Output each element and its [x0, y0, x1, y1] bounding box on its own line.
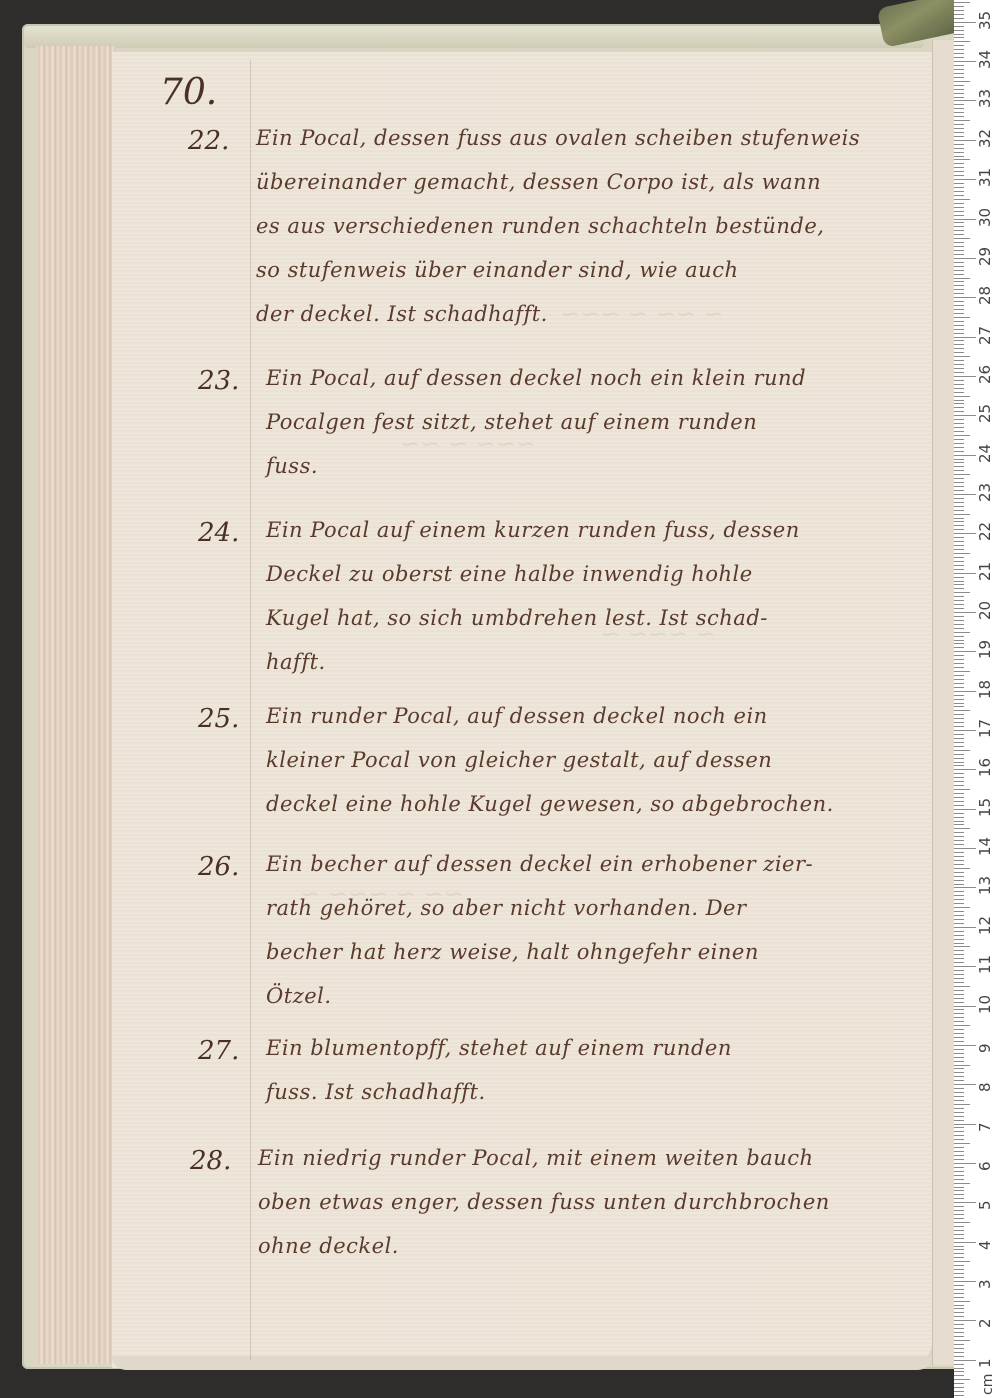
entry-text: Ein blumentopff, stehet auf einem runden…: [266, 1026, 906, 1114]
ruler-label: 20: [976, 601, 994, 620]
ruler-tick: [954, 1238, 964, 1239]
ruler-unit-label: cm: [980, 1374, 996, 1395]
ruler-tick: [954, 789, 970, 790]
ruler-tick: [954, 1206, 964, 1207]
ruler-tick: [954, 1281, 976, 1282]
ruler-tick: [954, 1285, 964, 1286]
ruler-tick: [954, 407, 964, 408]
ruler-tick: [954, 112, 964, 113]
ruler-tick: [954, 1190, 964, 1191]
ruler-tick: [954, 699, 964, 700]
ruler-tick: [954, 655, 964, 656]
ruler-tick: [954, 1368, 964, 1369]
ruler-tick: [954, 746, 964, 747]
ruler-tick: [954, 581, 964, 582]
ruler-tick: [954, 309, 964, 310]
ruler-tick: [954, 159, 970, 160]
ruler-tick: [954, 344, 964, 345]
ruler-tick: [954, 1395, 964, 1396]
ruler-tick: [954, 1155, 964, 1156]
ruler-tick: [954, 203, 964, 204]
ruler-tick: [954, 85, 964, 86]
ruler-tick: [954, 207, 964, 208]
entry-line: Kugel hat, so sich umbdrehen lest. Ist s…: [266, 596, 906, 640]
entry-line: fuss.: [266, 444, 906, 488]
ruler-tick: [954, 750, 970, 751]
ruler-tick: [954, 671, 970, 672]
ruler-tick: [954, 781, 964, 782]
ruler-tick: [954, 809, 976, 810]
ruler-tick: [954, 396, 970, 397]
ruler-tick: [954, 423, 964, 424]
ruler-label: 29: [976, 247, 994, 266]
ruler-tick: [954, 1006, 976, 1007]
ruler-tick: [954, 537, 964, 538]
ruler-tick: [954, 57, 964, 58]
entry-text: Ein Pocal, dessen fuss aus ovalen scheib…: [256, 116, 896, 336]
ruler-tick: [954, 1171, 964, 1172]
ruler-tick: [954, 400, 964, 401]
ruler-tick: [954, 844, 964, 845]
ruler-label: 12: [976, 916, 994, 935]
entry-number: 28.: [190, 1146, 231, 1176]
folio-number: 70.: [160, 72, 217, 113]
ruler-tick: [954, 573, 976, 574]
entry-line: kleiner Pocal von gleicher gestalt, auf …: [266, 738, 906, 782]
ruler-tick: [954, 490, 964, 491]
ruler-tick: [954, 1009, 964, 1010]
ruler-tick: [954, 891, 964, 892]
ruler-tick: [954, 1053, 964, 1054]
ruler-label: 1: [976, 1358, 994, 1368]
ruler-tick: [954, 317, 970, 318]
ruler-tick: [954, 1348, 964, 1349]
ruler-label: 23: [976, 483, 994, 502]
ruler-tick: [954, 1037, 964, 1038]
ruler-tick: [954, 348, 964, 349]
entry-number: 22.: [188, 126, 229, 156]
ruler-tick: [954, 1013, 964, 1014]
ruler-tick: [954, 1242, 976, 1243]
book-cover-top-edge: [24, 26, 924, 48]
ruler-tick: [954, 982, 964, 983]
ruler-tick: [954, 116, 964, 117]
ruler-tick: [954, 246, 964, 247]
ruler-tick: [954, 966, 976, 967]
ruler-tick: [954, 1080, 964, 1081]
ruler-tick: [954, 439, 964, 440]
ruler-tick: [954, 1316, 964, 1317]
ruler-tick: [954, 514, 970, 515]
ruler-tick: [954, 183, 964, 184]
ruler-tick: [954, 1253, 964, 1254]
ruler-tick: [954, 53, 964, 54]
ruler-tick: [954, 1076, 964, 1077]
ruler-tick: [954, 1230, 964, 1231]
ruler-tick: [954, 561, 964, 562]
ruler-tick: [954, 1120, 964, 1121]
ruler-tick: [954, 333, 964, 334]
ruler-tick: [954, 683, 964, 684]
ruler-tick: [954, 281, 964, 282]
ruler-tick: [954, 215, 964, 216]
ruler-tick: [954, 824, 964, 825]
ruler-tick: [954, 140, 976, 141]
ruler-tick: [954, 462, 964, 463]
ruler-tick: [954, 860, 964, 861]
ruler-tick: [954, 1116, 964, 1117]
ruler-tick: [954, 584, 964, 585]
ruler-tick: [954, 1104, 970, 1105]
ruler-tick: [954, 388, 964, 389]
entry-line: Ein runder Pocal, auf dessen deckel noch…: [266, 694, 906, 738]
ruler-tick: [954, 1151, 964, 1152]
ruler-tick: [954, 553, 970, 554]
entry-line: becher hat herz weise, halt ohngefehr ei…: [266, 930, 906, 974]
ruler-tick: [954, 30, 964, 31]
ruler-label: 2: [976, 1319, 994, 1329]
ruler-tick: [954, 1249, 964, 1250]
ruler-tick: [954, 1198, 964, 1199]
ruler-tick: [954, 136, 964, 137]
ruler-tick: [954, 364, 964, 365]
ruler-tick: [954, 340, 964, 341]
ruler-label: 33: [976, 89, 994, 108]
ruler-tick: [954, 1163, 976, 1164]
ruler-tick: [954, 636, 964, 637]
ruler-tick: [954, 1218, 964, 1219]
ruler-tick: [954, 22, 976, 23]
ruler-tick: [954, 703, 964, 704]
ruler-tick: [954, 722, 964, 723]
ruler-tick: [954, 1068, 964, 1069]
ruler-tick: [954, 1312, 964, 1313]
ruler-tick: [954, 643, 964, 644]
ruler-tick: [954, 754, 964, 755]
ruler-tick: [954, 250, 964, 251]
ruler-tick: [954, 352, 964, 353]
ruler-tick: [954, 1167, 964, 1168]
ruler-tick: [954, 667, 964, 668]
ruler-tick: [954, 765, 964, 766]
ruler-tick: [954, 242, 964, 243]
entry-line: Ötzel.: [266, 974, 906, 1018]
ruler-tick: [954, 864, 964, 865]
ruler-tick: [954, 1301, 970, 1302]
ruler-tick: [954, 895, 964, 896]
ruler-tick: [954, 1139, 964, 1140]
ruler-tick: [954, 152, 964, 153]
ruler-tick: [954, 254, 964, 255]
ruler-tick: [954, 1344, 964, 1345]
ruler-tick: [954, 675, 964, 676]
ruler-tick: [954, 604, 964, 605]
ruler-tick: [954, 278, 970, 279]
ruler-tick: [954, 651, 976, 652]
ruler-tick: [954, 482, 964, 483]
ruler-tick: [954, 230, 964, 231]
ruler-tick: [954, 1297, 964, 1298]
ruler-tick: [954, 498, 964, 499]
entry-text: Ein Pocal auf einem kurzen runden fuss, …: [266, 508, 906, 684]
ruler-tick: [954, 459, 964, 460]
ruler-tick: [954, 1340, 970, 1341]
ruler-label: 4: [976, 1240, 994, 1250]
ruler-tick: [954, 447, 964, 448]
ruler-tick: [954, 148, 964, 149]
entry-number: 25.: [198, 704, 239, 734]
entry-line: so stufenweis über einander sind, wie au…: [256, 248, 896, 292]
ruler-tick: [954, 325, 964, 326]
ruler-tick: [954, 191, 964, 192]
ruler-tick: [954, 718, 964, 719]
ruler-tick: [954, 297, 976, 298]
ruler-tick: [954, 305, 964, 306]
ruler-tick: [954, 1226, 964, 1227]
ruler-tick: [954, 321, 964, 322]
ruler-tick: [954, 2, 970, 3]
ruler-tick: [954, 171, 964, 172]
entry-number: 23.: [198, 366, 239, 396]
ruler-tick: [954, 915, 964, 916]
ruler-tick: [954, 868, 970, 869]
ruler-tick: [954, 293, 964, 294]
ruler-tick: [954, 569, 964, 570]
ruler-tick: [954, 14, 964, 15]
ruler-tick: [954, 1096, 964, 1097]
ruler-tick: [954, 1364, 964, 1365]
ruler-tick: [954, 769, 976, 770]
ruler-tick: [954, 486, 964, 487]
ruler-tick: [954, 1045, 976, 1046]
ruler-tick: [954, 376, 976, 377]
ruler-tick: [954, 620, 964, 621]
ruler-tick: [954, 1265, 964, 1266]
scale-ruler: cm 1234567891011121314151617181920212223…: [954, 0, 1000, 1398]
ruler-tick: [954, 1328, 964, 1329]
ruler-tick: [954, 18, 964, 19]
ruler-tick: [954, 226, 964, 227]
ruler-tick: [954, 734, 964, 735]
ruler-tick: [954, 691, 976, 692]
ruler-tick: [954, 301, 964, 302]
ruler-tick: [954, 612, 976, 613]
ruler-tick: [954, 1124, 976, 1125]
ruler-tick: [954, 557, 964, 558]
ruler-label: 9: [976, 1043, 994, 1053]
ruler-tick: [954, 1320, 976, 1321]
ruler-tick: [954, 69, 964, 70]
entry-line: Ein niedrig runder Pocal, mit einem weit…: [258, 1136, 898, 1180]
ruler-tick: [954, 939, 964, 940]
ruler-tick: [954, 958, 964, 959]
ruler-tick: [954, 596, 964, 597]
ruler-tick: [954, 903, 964, 904]
ruler-label: 5: [976, 1201, 994, 1211]
ruler-tick: [954, 384, 964, 385]
ruler-tick: [954, 274, 964, 275]
ruler-label: 6: [976, 1161, 994, 1171]
ruler-tick: [954, 1112, 964, 1113]
entry-line: Ein becher auf dessen deckel ein erhoben…: [266, 842, 906, 886]
ruler-tick: [954, 813, 964, 814]
ruler-tick: [954, 494, 976, 495]
ruler-tick: [954, 266, 964, 267]
entry-line: Ein Pocal, auf dessen deckel noch ein kl…: [266, 356, 906, 400]
ruler-tick: [954, 97, 964, 98]
entry-line: übereinander gemacht, dessen Corpo ist, …: [256, 160, 896, 204]
ruler-tick: [954, 990, 964, 991]
ruler-tick: [954, 1289, 964, 1290]
entry-text: Ein becher auf dessen deckel ein erhoben…: [266, 842, 906, 1018]
ruler-tick: [954, 588, 964, 589]
ruler-tick: [954, 411, 964, 412]
ruler-tick: [954, 1002, 964, 1003]
ruler-tick: [954, 1175, 964, 1176]
page-stack-edges: [36, 46, 116, 1364]
ruler-tick: [954, 455, 976, 456]
ruler-tick: [954, 1033, 964, 1034]
ruler-tick: [954, 1041, 964, 1042]
ruler-label: 27: [976, 325, 994, 344]
ruler-label: 7: [976, 1122, 994, 1132]
ruler-tick: [954, 876, 964, 877]
ruler-tick: [954, 510, 964, 511]
ruler-tick: [954, 360, 964, 361]
ruler-tick: [954, 1183, 970, 1184]
ruler-tick: [954, 738, 964, 739]
ruler-tick: [954, 156, 964, 157]
ruler-tick: [954, 663, 964, 664]
ruler-tick: [954, 199, 970, 200]
ruler-label: 18: [976, 680, 994, 699]
ruler-label: 24: [976, 444, 994, 463]
ruler-tick: [954, 931, 964, 932]
ruler-tick: [954, 26, 964, 27]
ruler-tick: [954, 962, 964, 963]
ruler-tick: [954, 41, 970, 42]
entry-text: Ein runder Pocal, auf dessen deckel noch…: [266, 694, 906, 826]
ruler-tick: [954, 120, 970, 121]
ruler-tick: [954, 1375, 964, 1376]
ruler-tick: [954, 518, 964, 519]
ruler-tick: [954, 163, 964, 164]
ruler-tick: [954, 872, 964, 873]
ruler-tick: [954, 258, 976, 259]
ruler-tick: [954, 1135, 964, 1136]
ruler-tick: [954, 89, 964, 90]
ruler-tick: [954, 108, 964, 109]
entry-number: 24.: [198, 518, 239, 548]
ruler-tick: [954, 1159, 964, 1160]
ruler-tick: [954, 81, 970, 82]
ruler-tick: [954, 545, 964, 546]
ruler-tick: [954, 1029, 964, 1030]
ruler-tick: [954, 1108, 964, 1109]
ruler-tick: [954, 1391, 964, 1392]
ruler-tick: [954, 1379, 970, 1380]
ruler-tick: [954, 234, 964, 235]
ruler-tick: [954, 1017, 964, 1018]
ruler-tick: [954, 801, 964, 802]
ruler-tick: [954, 392, 964, 393]
ruler-tick: [954, 1210, 964, 1211]
ruler-tick: [954, 431, 964, 432]
ruler-tick: [954, 380, 964, 381]
ruler-tick: [954, 1234, 964, 1235]
ruler-tick: [954, 565, 964, 566]
ruler-tick: [954, 907, 970, 908]
ruler-tick: [954, 1202, 976, 1203]
entry-line: oben etwas enger, dessen fuss unten durc…: [258, 1180, 898, 1224]
entry-line: es aus verschiedenen runden schachteln b…: [256, 204, 896, 248]
ruler-tick: [954, 899, 964, 900]
ruler-tick: [954, 817, 964, 818]
ruler-tick: [954, 238, 970, 239]
ruler-tick: [954, 1305, 964, 1306]
ruler-tick: [954, 726, 964, 727]
ruler-tick: [954, 1100, 964, 1101]
ruler-tick: [954, 1131, 964, 1132]
facing-page-edge: [932, 40, 955, 1365]
ruler-tick: [954, 93, 964, 94]
ruler-label: 32: [976, 129, 994, 148]
ruler-tick: [954, 848, 976, 849]
ruler-tick: [954, 608, 964, 609]
ruler-tick: [954, 195, 964, 196]
ruler-tick: [954, 1065, 970, 1066]
ruler-tick: [954, 974, 964, 975]
ruler-tick: [954, 313, 964, 314]
ruler-tick: [954, 337, 976, 338]
ruler-label: 17: [976, 719, 994, 738]
ruler-tick: [954, 1147, 964, 1148]
ruler-tick: [954, 451, 964, 452]
entry-text: Ein niedrig runder Pocal, mit einem weit…: [258, 1136, 898, 1268]
page-bottom-edge: [112, 1356, 932, 1370]
ruler-tick: [954, 1360, 976, 1361]
ruler-tick: [954, 793, 964, 794]
ruler-tick: [954, 419, 964, 420]
entry-line: ohne deckel.: [258, 1224, 898, 1268]
entry-line: der deckel. Ist schadhafft.: [256, 292, 896, 336]
ruler-tick: [954, 285, 964, 286]
ruler-tick: [954, 1021, 964, 1022]
ruler-tick: [954, 187, 964, 188]
ruler-tick: [954, 179, 976, 180]
ruler-tick: [954, 742, 964, 743]
ruler-tick: [954, 970, 964, 971]
ruler-tick: [954, 1092, 964, 1093]
ruler-tick: [954, 1179, 964, 1180]
ruler-tick: [954, 502, 964, 503]
ruler-tick: [954, 175, 964, 176]
ruler-tick: [954, 100, 976, 101]
ruler-tick: [954, 132, 964, 133]
ruler-tick: [954, 1025, 970, 1026]
ruler-tick: [954, 1273, 964, 1274]
ruler-tick: [954, 954, 964, 955]
ruler-tick: [954, 1072, 964, 1073]
ruler-label: 22: [976, 522, 994, 541]
ruler-tick: [954, 659, 964, 660]
ruler-tick: [954, 994, 964, 995]
ruler-tick: [954, 45, 964, 46]
ruler-tick: [954, 521, 964, 522]
ruler-tick: [954, 262, 964, 263]
ruler-tick: [954, 37, 964, 38]
ruler-tick: [954, 368, 964, 369]
